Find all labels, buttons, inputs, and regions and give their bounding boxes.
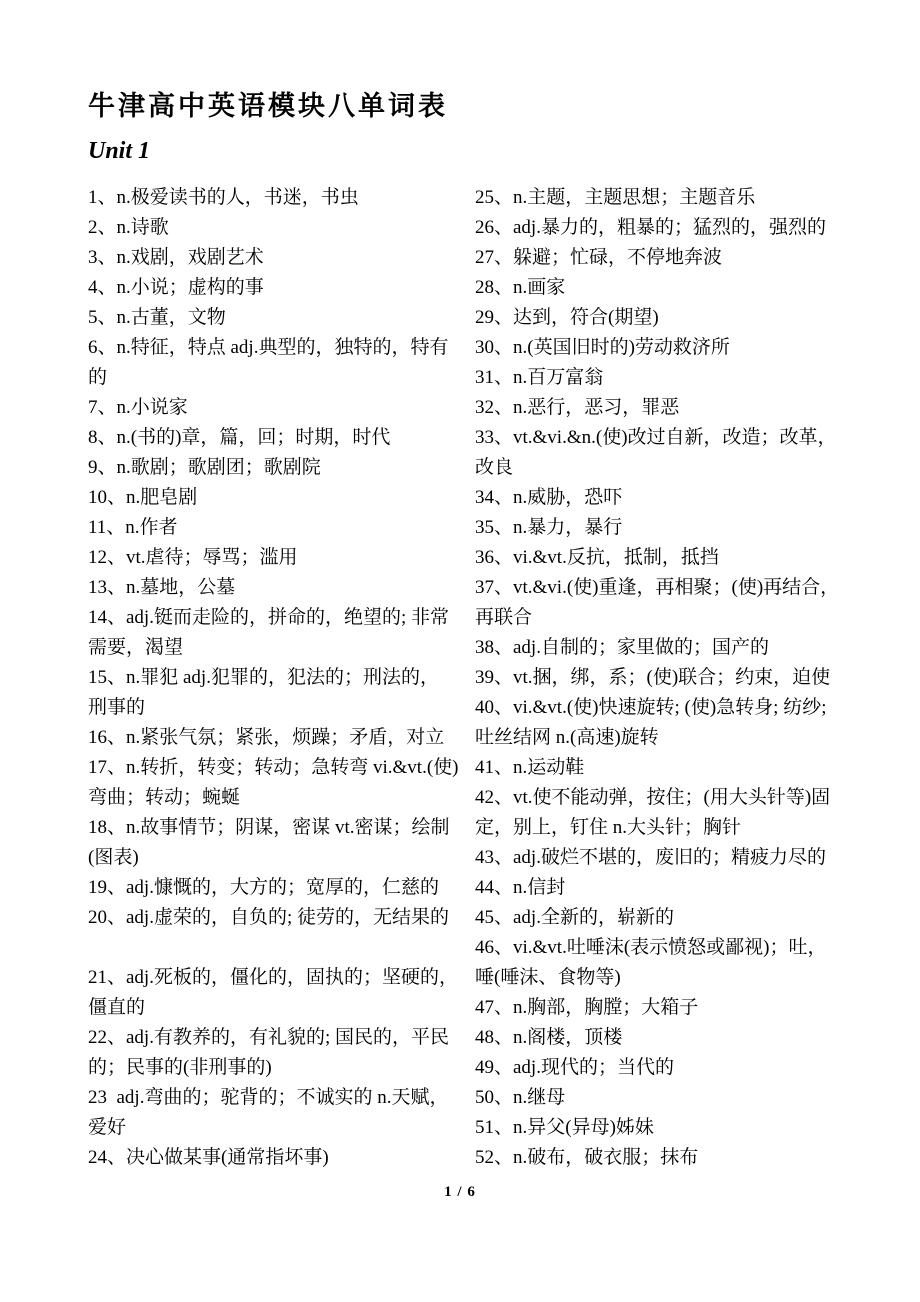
- word-entry: 41、n.运动鞋: [475, 753, 865, 783]
- word-entry: 48、n.阁楼，顶楼: [475, 1023, 865, 1053]
- word-entry: 52、n.破布，破衣服；抹布: [475, 1143, 865, 1173]
- word-entry: 23 adj.弯曲的；驼背的；不诚实的 n.天赋， 爱好: [88, 1083, 470, 1143]
- word-entry: 45、adj.全新的，崭新的: [475, 903, 865, 933]
- word-entry: 32、n.恶行，恶习，罪恶: [475, 393, 865, 423]
- word-entry: 9、n.歌剧；歌剧团；歌剧院: [88, 453, 470, 483]
- right-column: 25、n.主题，主题思想；主题音乐 26、adj.暴力的，粗暴的；猛烈的，强烈的…: [475, 183, 865, 1173]
- word-entry: 39、vt.捆，绑，系；(使)联合；约束，迫使: [475, 663, 865, 693]
- document-title: 牛津高中英语模块八单词表: [88, 84, 448, 123]
- word-entry: 16、n.紧张气氛；紧张，烦躁；矛盾，对立: [88, 723, 470, 753]
- word-entry: 4、n.小说；虚构的事: [88, 273, 470, 303]
- word-entry: 36、vi.&vt.反抗，抵制，抵挡: [475, 543, 865, 573]
- word-entry: 14、adj.铤而走险的，拼命的，绝望的; 非常 需要，渴望: [88, 603, 470, 663]
- word-entry: 6、n.特征，特点 adj.典型的，独特的，特有 的: [88, 333, 470, 393]
- word-entry: 7、n.小说家: [88, 393, 470, 423]
- word-entry: 44、n.信封: [475, 873, 865, 903]
- left-column: 1、n.极爱读书的人，书迷，书虫 2、n.诗歌 3、n.戏剧，戏剧艺术 4、n.…: [88, 183, 470, 1173]
- word-entry: 38、adj.自制的；家里做的；国产的: [475, 633, 865, 663]
- word-entry: 5、n.古董，文物: [88, 303, 470, 333]
- word-entry: 42、vt.使不能动弹，按住；(用大头针等)固 定，别上，钉住 n.大头针；胸针: [475, 783, 865, 843]
- unit-heading: Unit 1: [88, 138, 150, 165]
- word-entry: 31、n.百万富翁: [475, 363, 865, 393]
- word-entry: 33、vt.&vi.&n.(使)改过自新，改造；改革， 改良: [475, 423, 865, 483]
- word-entry: 37、vt.&vi.(使)重逢，再相聚；(使)再结合， 再联合: [475, 573, 865, 633]
- word-entry: 8、n.(书的)章，篇，回；时期，时代: [88, 423, 470, 453]
- word-entry: 18、n.故事情节；阴谋，密谋 vt.密谋；绘制 (图表): [88, 813, 470, 873]
- word-entry: 1、n.极爱读书的人，书迷，书虫: [88, 183, 470, 213]
- word-entry: 26、adj.暴力的，粗暴的；猛烈的，强烈的: [475, 213, 865, 243]
- word-entry: 40、vi.&vt.(使)快速旋转; (使)急转身; 纺纱; 吐丝结网 n.(高…: [475, 693, 865, 753]
- word-entry: 30、n.(英国旧时的)劳动救济所: [475, 333, 865, 363]
- word-entry: 29、达到，符合(期望): [475, 303, 865, 333]
- word-entry: 2、n.诗歌: [88, 213, 470, 243]
- word-entry: 20、adj.虚荣的，自负的; 徒劳的，无结果的: [88, 903, 470, 933]
- word-entry: 10、n.肥皂剧: [88, 483, 470, 513]
- word-entry: 11、n.作者: [88, 513, 470, 543]
- word-entry: 43、adj.破烂不堪的，废旧的；精疲力尽的: [475, 843, 865, 873]
- word-entry: 27、躲避；忙碌，不停地奔波: [475, 243, 865, 273]
- word-entry: 3、n.戏剧，戏剧艺术: [88, 243, 470, 273]
- word-entry: 47、n.胸部，胸膛；大箱子: [475, 993, 865, 1023]
- word-entry: 50、n.继母: [475, 1083, 865, 1113]
- word-entry: 51、n.异父(异母)姊妹: [475, 1113, 865, 1143]
- page-number: 1 / 6: [0, 1184, 920, 1201]
- document-page: 牛津高中英语模块八单词表 Unit 1 1、n.极爱读书的人，书迷，书虫 2、n…: [0, 0, 920, 1302]
- word-entry: 34、n.威胁，恐吓: [475, 483, 865, 513]
- word-entry: 15、n.罪犯 adj.犯罪的，犯法的；刑法的， 刑事的: [88, 663, 470, 723]
- word-entry: 35、n.暴力，暴行: [475, 513, 865, 543]
- word-entry: 13、n.墓地，公墓: [88, 573, 470, 603]
- word-entry: 19、adj.慷慨的，大方的；宽厚的，仁慈的: [88, 873, 470, 903]
- word-entry: 49、adj.现代的；当代的: [475, 1053, 865, 1083]
- word-entry: 22、adj.有教养的，有礼貌的; 国民的，平民 的；民事的(非刑事的): [88, 1023, 470, 1083]
- word-entry: 24、决心做某事(通常指坏事): [88, 1143, 470, 1173]
- word-entry: 46、vi.&vt.吐唾沫(表示愤怒或鄙视)；吐， 唾(唾沫、食物等): [475, 933, 865, 993]
- word-entry: 21、adj.死板的，僵化的，固执的；坚硬的， 僵直的: [88, 963, 470, 1023]
- word-entry: 12、vt.虐待；辱骂；滥用: [88, 543, 470, 573]
- word-entry: 17、n.转折，转变；转动；急转弯 vi.&vt.(使) 弯曲；转动；蜿蜒: [88, 753, 470, 813]
- word-entry: 25、n.主题，主题思想；主题音乐: [475, 183, 865, 213]
- word-entry: 28、n.画家: [475, 273, 865, 303]
